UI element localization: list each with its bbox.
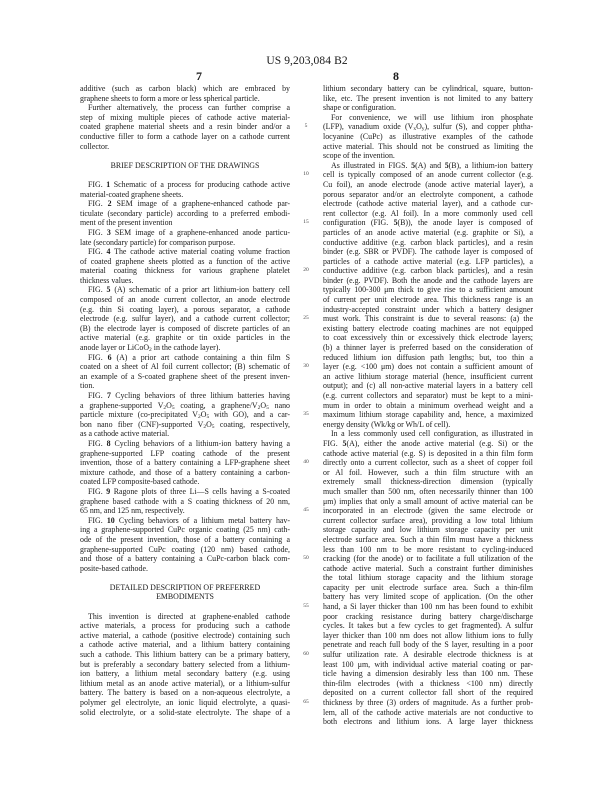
text-line: directly onto a current collector, such … xyxy=(323,458,533,468)
line-number xyxy=(296,573,316,583)
line-number xyxy=(296,84,316,94)
line-number xyxy=(296,285,316,295)
text-line: but is preferably a secondary battery se… xyxy=(80,660,290,670)
text-line: FIG. 2 SEM image of a graphene-enhanced … xyxy=(80,199,290,209)
line-number xyxy=(296,276,316,286)
line-number: 35 xyxy=(296,410,316,420)
text-line: FIG. 5 (A) schematic of a prior art lith… xyxy=(80,285,290,295)
text-line: active material. This should not be cons… xyxy=(323,142,533,152)
text-line: ticle having a dimension desirably less … xyxy=(323,669,533,679)
text-line: a graphene-supported V2O5 coating, a gra… xyxy=(80,401,290,411)
text-line: both electrons and lithium ions. A large… xyxy=(323,717,533,727)
text-line: ing a graphene-supported CuPc organic co… xyxy=(80,525,290,535)
text-line: penetrate and reach full body of the S l… xyxy=(323,640,533,650)
text-line: composed of an anode current collector, … xyxy=(80,295,290,305)
line-number xyxy=(296,535,316,545)
line-number xyxy=(296,449,316,459)
text-line: reduced lithium ion diffusion path lengt… xyxy=(323,353,533,363)
text-line: (e.g. thin Si coating layer), a porous s… xyxy=(80,305,290,315)
text-line: electrode (cathode active material layer… xyxy=(323,199,533,209)
line-number xyxy=(296,631,316,641)
text-line: layer (e.g. <100 μm) does not contain a … xyxy=(323,362,533,372)
line-number: 40 xyxy=(296,458,316,468)
text-line: electrode surface area. Such a thin film… xyxy=(323,535,533,545)
line-number xyxy=(296,583,316,593)
text-line: step of mixing multiple pieces of cathod… xyxy=(80,113,290,123)
line-number xyxy=(296,132,316,142)
text-line: hand, a Si layer thicker than 100 nm has… xyxy=(323,602,533,612)
text-line: FIG. 5(A), either the anode active mater… xyxy=(323,439,533,449)
text-line: anode layer or LiCoO2 in the cathode lay… xyxy=(80,343,290,353)
text-line: conductive additive (e.g. carbon black p… xyxy=(323,266,533,276)
text-line: maximum lithium storage capability and, … xyxy=(323,410,533,420)
line-number: 30 xyxy=(296,362,316,372)
text-line: μm) implies that only a small amount of … xyxy=(323,497,533,507)
line-number xyxy=(296,679,316,689)
text-line: or Al foil. However, such a thin film st… xyxy=(323,468,533,478)
text-line: posite-based cathode. xyxy=(80,564,290,574)
line-number: 55 xyxy=(296,602,316,612)
line-number xyxy=(296,420,316,430)
text-line: graphene based cathode with a S coating … xyxy=(80,497,290,507)
line-number xyxy=(296,487,316,497)
line-number xyxy=(296,209,316,219)
section-heading: EMBODIMENTS xyxy=(80,592,290,602)
text-line: current collector surface area), providi… xyxy=(323,516,533,526)
text-line: active material (e.g. graphite or tin ox… xyxy=(80,333,290,343)
text-line: (B) the electrode layer is composed of d… xyxy=(80,324,290,334)
line-number: 65 xyxy=(296,698,316,708)
text-line: (e.g. current collectors and separator) … xyxy=(323,391,533,401)
text-line: material-coated graphene sheets. xyxy=(80,190,290,200)
line-number xyxy=(296,401,316,411)
right-text-column: lithium secondary battery can be cylindr… xyxy=(323,84,533,727)
line-number xyxy=(296,353,316,363)
text-line xyxy=(80,151,290,161)
line-number: 45 xyxy=(296,506,316,516)
line-number xyxy=(296,545,316,555)
text-line: mum in order to obtain a minimum overhea… xyxy=(323,401,533,411)
text-line: of coated graphene sheets plotted as a f… xyxy=(80,257,290,267)
text-line: Cu foil), an anode electrode (anode acti… xyxy=(323,180,533,190)
left-text-column: additive (such as carbon black) which ar… xyxy=(80,84,290,717)
text-line: energy density (Wk/kg or Wh/L of cell). xyxy=(323,420,533,430)
text-line: poor cracking resistance during battery … xyxy=(323,612,533,622)
text-line: FIG. 3 SEM image of a graphene-enhanced … xyxy=(80,228,290,238)
line-number xyxy=(296,295,316,305)
text-line: FIG. 8 Cycling behaviors of a lithium-io… xyxy=(80,439,290,449)
line-number: 60 xyxy=(296,650,316,660)
text-line: industry-accepted constraint under which… xyxy=(323,305,533,315)
text-line: output); and (c) all non-active material… xyxy=(323,381,533,391)
line-number xyxy=(296,429,316,439)
text-line: coated LFP composite-based cathode. xyxy=(80,477,290,487)
text-line: additive (such as carbon black) which ar… xyxy=(80,84,290,94)
text-line: incorporated in an electrode (given the … xyxy=(323,506,533,516)
text-line: thickness by three (3) orders of magnitu… xyxy=(323,698,533,708)
line-number xyxy=(296,439,316,449)
text-line: existing battery electrode coating machi… xyxy=(323,324,533,334)
text-line: tion. xyxy=(80,381,290,391)
text-line: 65 nm, and 125 nm, respectively. xyxy=(80,506,290,516)
text-line: battery. The battery is based on a non-a… xyxy=(80,688,290,698)
text-line: mixture cathode, and those of a battery … xyxy=(80,468,290,478)
text-line: conductive filler to form a cathode laye… xyxy=(80,132,290,142)
text-line: coated on a sheet of Al foil current col… xyxy=(80,362,290,372)
text-line: thin-film electrodes (with a thickness <… xyxy=(323,679,533,689)
text-line: active materials, a process for producin… xyxy=(80,621,290,631)
text-line: scope of the invention. xyxy=(323,151,533,161)
line-number xyxy=(296,525,316,535)
text-line: binder (e.g. PVDF). Both the anode and t… xyxy=(323,276,533,286)
text-line: (LFP), vanadium oxide (VxOy), sulfur (S)… xyxy=(323,122,533,132)
text-line: particle mixture (co-precipitated V2O5 w… xyxy=(80,410,290,420)
left-column-number: 7 xyxy=(196,69,202,84)
text-line: storage capacity and low lithium storage… xyxy=(323,525,533,535)
text-line: to coat excessively thin or excessively … xyxy=(323,333,533,343)
text-line: least 100 μm, with individual active mat… xyxy=(323,660,533,670)
line-number xyxy=(296,343,316,353)
text-line: less than 100 nm to be more resistant to… xyxy=(323,545,533,555)
line-number xyxy=(296,228,316,238)
line-number xyxy=(296,497,316,507)
line-number xyxy=(296,305,316,315)
line-number xyxy=(296,708,316,718)
text-line xyxy=(80,602,290,612)
text-line: FIG. 6 (A) a prior art cathode containin… xyxy=(80,353,290,363)
line-number xyxy=(296,391,316,401)
patent-number: US 9,203,084 B2 xyxy=(0,55,614,67)
line-number xyxy=(296,688,316,698)
text-line: extremely small thickness-direction dime… xyxy=(323,477,533,487)
text-line: layer thicker than 100 nm does not allow… xyxy=(323,631,533,641)
text-line: rent collector (e.g. Al foil). In a more… xyxy=(323,209,533,219)
line-number xyxy=(296,257,316,267)
text-line: solid electrolyte, or a solid-state elec… xyxy=(80,708,290,718)
text-line: lem, all of the cathode active materials… xyxy=(323,708,533,718)
text-line: as a cathode active material. xyxy=(80,429,290,439)
line-number: 20 xyxy=(296,266,316,276)
text-line: the total lithium storage capacity and t… xyxy=(323,573,533,583)
line-number xyxy=(296,477,316,487)
text-line: ion battery, a lithium metal secondary b… xyxy=(80,669,290,679)
line-number: 25 xyxy=(296,314,316,324)
line-number xyxy=(296,190,316,200)
text-line: cell is typically composed of an anode c… xyxy=(323,170,533,180)
section-heading: DETAILED DESCRIPTION OF PREFERRED xyxy=(80,583,290,593)
text-line: porous separator and/or an electrolyte c… xyxy=(323,190,533,200)
text-line: FIG. 7 Cycling behaviors of three lithiu… xyxy=(80,391,290,401)
text-line: graphene sheets to form a more or less s… xyxy=(80,94,290,104)
line-number xyxy=(296,468,316,478)
line-number xyxy=(296,717,316,727)
line-number xyxy=(296,612,316,622)
line-number xyxy=(296,640,316,650)
text-line: polymer gel electrolyte, an ionic liquid… xyxy=(80,698,290,708)
text-line: cycles. It takes but a few cycles to get… xyxy=(323,621,533,631)
text-line: invention, those of a battery containing… xyxy=(80,458,290,468)
line-number xyxy=(296,381,316,391)
line-number xyxy=(296,516,316,526)
text-line: cracking (for the anode) or to facilitat… xyxy=(323,554,533,564)
line-number xyxy=(296,199,316,209)
text-line: coated graphene material sheets and a re… xyxy=(80,122,290,132)
text-line: FIG. 1 Schematic of a process for produc… xyxy=(80,180,290,190)
text-line: conductive additive (e.g. carbon black p… xyxy=(323,238,533,248)
text-line: cathode active material (e.g. S) is depo… xyxy=(323,449,533,459)
text-line: FIG. 10 Cycling behaviors of a lithium m… xyxy=(80,516,290,526)
line-number xyxy=(296,113,316,123)
line-number xyxy=(296,660,316,670)
line-number xyxy=(296,247,316,257)
text-line: particles of a cathode active material (… xyxy=(323,257,533,267)
text-line: graphene-supported LFP coating cathode o… xyxy=(80,449,290,459)
text-line: shape or configuration. xyxy=(323,103,533,113)
text-line: must work. This constraint is due to sev… xyxy=(323,314,533,324)
line-number xyxy=(296,324,316,334)
right-column-number: 8 xyxy=(393,69,399,84)
text-line: binder (e.g. SBR or PVDF). The cathode l… xyxy=(323,247,533,257)
section-heading: BRIEF DESCRIPTION OF THE DRAWINGS xyxy=(80,161,290,171)
line-number-gutter: 5101520253035404550556065 xyxy=(296,84,316,727)
line-number: 15 xyxy=(296,218,316,228)
text-line: a cathode active material, and a lithium… xyxy=(80,640,290,650)
line-number: 10 xyxy=(296,170,316,180)
text-line: electrode (e.g. sulfur layer), and a cat… xyxy=(80,314,290,324)
text-line xyxy=(80,573,290,583)
text-line: particles of an anode active material (e… xyxy=(323,228,533,238)
line-number xyxy=(296,372,316,382)
text-line: capacity per unit electrode surface area… xyxy=(323,583,533,593)
text-line: such a cathode. This lithium battery can… xyxy=(80,650,290,660)
line-number xyxy=(296,333,316,343)
text-line: typically 100-300 μm thick to give rise … xyxy=(323,285,533,295)
text-line: (b) a thinner layer is preferred based o… xyxy=(323,343,533,353)
line-number xyxy=(296,669,316,679)
text-line: For convenience, we will use lithium iro… xyxy=(323,113,533,123)
line-number xyxy=(296,161,316,171)
line-number xyxy=(296,94,316,104)
text-line: sulfur utilization rate. A desirable ele… xyxy=(323,650,533,660)
text-line: bon nano fiber (CNF)-supported V2O5 coat… xyxy=(80,420,290,430)
line-number xyxy=(296,564,316,574)
line-number xyxy=(296,151,316,161)
text-line xyxy=(80,170,290,180)
text-line: much smaller than 500 nm, often necessar… xyxy=(323,487,533,497)
text-line: lithium secondary battery can be cylindr… xyxy=(323,84,533,94)
text-line: ticulate (secondary particle) according … xyxy=(80,209,290,219)
text-line: late (secondary particle) for comparison… xyxy=(80,238,290,248)
line-number: 50 xyxy=(296,554,316,564)
text-line: locyanine (CuPc) as illustrative example… xyxy=(323,132,533,142)
text-line: FIG. 9 Ragone plots of three Li—S cells … xyxy=(80,487,290,497)
text-line: battery has very limited scope of applic… xyxy=(323,592,533,602)
text-line: material coating thickness for various g… xyxy=(80,266,290,276)
text-line: an example of a S-coated graphene sheet … xyxy=(80,372,290,382)
line-number xyxy=(296,238,316,248)
text-line: an active lithium storage material (henc… xyxy=(323,372,533,382)
text-line: of current per unit electrode area. This… xyxy=(323,295,533,305)
text-line: deposited on a current collector fall sh… xyxy=(323,688,533,698)
text-line: FIG. 4 The cathode active material coati… xyxy=(80,247,290,257)
text-line: ode of the present invention, those of a… xyxy=(80,535,290,545)
text-line: graphene-supported CuPc coating (120 nm)… xyxy=(80,545,290,555)
line-number xyxy=(296,103,316,113)
text-line: Further alternatively, the process can f… xyxy=(80,103,290,113)
text-line: thickness values. xyxy=(80,276,290,286)
line-number xyxy=(296,592,316,602)
line-number xyxy=(296,621,316,631)
text-line: lithium metal as an anode active materia… xyxy=(80,679,290,689)
text-line: active material, a cathode (positive ele… xyxy=(80,631,290,641)
text-line: This invention is directed at graphene-e… xyxy=(80,612,290,622)
text-line: configuration (FIG. 5(B)), the anode lay… xyxy=(323,218,533,228)
line-number: 5 xyxy=(296,122,316,132)
text-line: In a less commonly used cell configurati… xyxy=(323,429,533,439)
text-line: cathode active material. Such a constrai… xyxy=(323,564,533,574)
text-line: ment of the present invention xyxy=(80,218,290,228)
text-line: As illustrated in FIGS. 5(A) and 5(B), a… xyxy=(323,161,533,171)
line-number xyxy=(296,142,316,152)
text-line: like, etc. The present invention is not … xyxy=(323,94,533,104)
line-number xyxy=(296,180,316,190)
text-line: collector. xyxy=(80,142,290,152)
text-line: and those of a battery containing a CuPc… xyxy=(80,554,290,564)
